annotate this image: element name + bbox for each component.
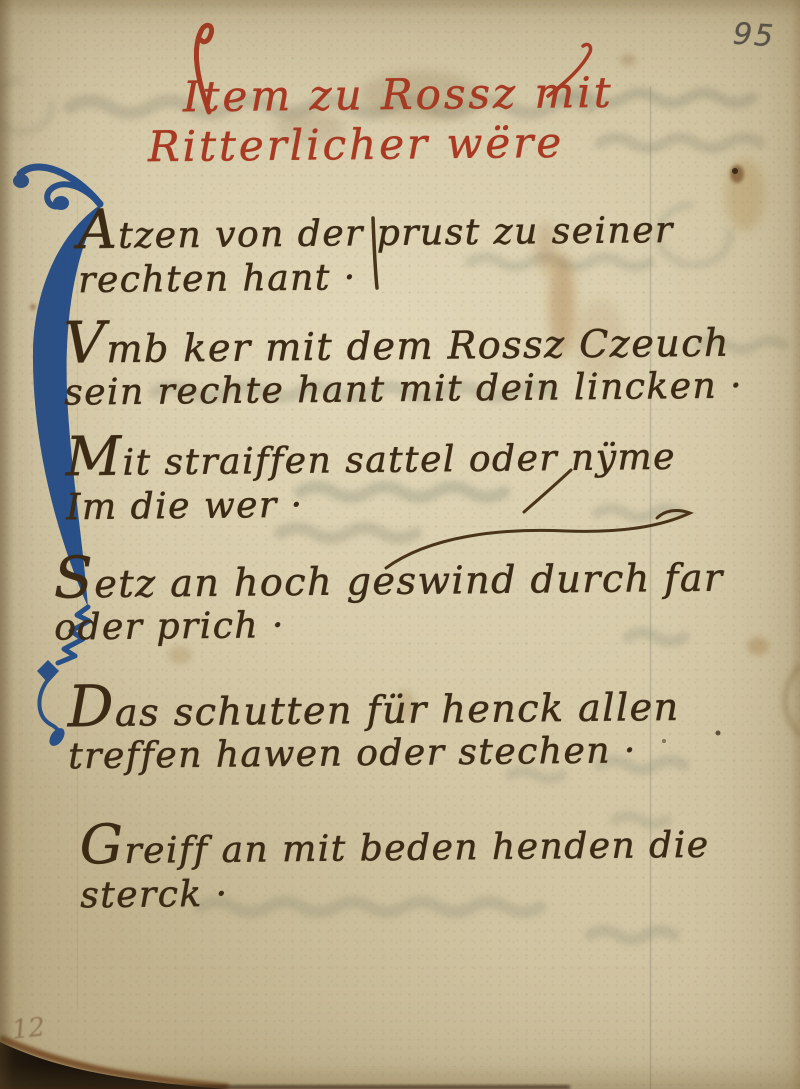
margin-mark: 12 <box>11 1012 47 1045</box>
paragraph-4: Setz an hoch geswind durch far oder pric… <box>54 549 725 650</box>
rubric-heading-line2: Ritterlicher wëre <box>148 118 565 172</box>
manuscript-line: Im die wer · <box>66 480 677 530</box>
manuscript-line: Setz an hoch geswind durch far <box>54 549 724 606</box>
paragraph-1: Atzen von der prust zu seiner rechten ha… <box>78 202 675 303</box>
manuscript-line: rechten hant · <box>78 253 674 303</box>
book-edge <box>0 1038 570 1089</box>
paragraph-3: Mit straiffen sattel oder nÿme Im die we… <box>66 429 677 530</box>
manuscript-line: Vmb ker mit dem Rossz Czeuch <box>64 314 743 371</box>
manuscript-line: Das schutten für henck allen <box>68 679 680 735</box>
manuscript-line: sterck · <box>80 868 710 919</box>
manuscript-line: Greiff an mit beden henden die <box>80 817 710 875</box>
manuscript-line: Atzen von der prust zu seiner <box>78 202 674 259</box>
manuscript-line: oder prich · <box>54 599 724 650</box>
manuscript-line: treffen hawen oder stechen · <box>68 729 680 779</box>
paragraph-5: Das schutten für henck allen treffen haw… <box>68 679 681 779</box>
rubric-line-1: Item zu Rossz mit <box>183 68 614 123</box>
paragraph-6: Greiff an mit beden henden die sterck · <box>80 817 711 919</box>
rubric-line-2: Ritterlicher wëre <box>148 118 565 172</box>
paragraph-2: Vmb ker mit dem Rossz Czeuch sein rechte… <box>64 314 744 415</box>
manuscript-line: Mit straiffen sattel oder nÿme <box>66 429 677 486</box>
folio-number: 95 <box>732 17 777 55</box>
manuscript-line: sein rechte hant mit dein lincken · <box>64 364 743 415</box>
manuscript-page: Item zu Rossz mit Ritterlicher wëre 95 A… <box>0 0 800 1089</box>
rubric-heading: Item zu Rossz mit <box>183 68 614 123</box>
